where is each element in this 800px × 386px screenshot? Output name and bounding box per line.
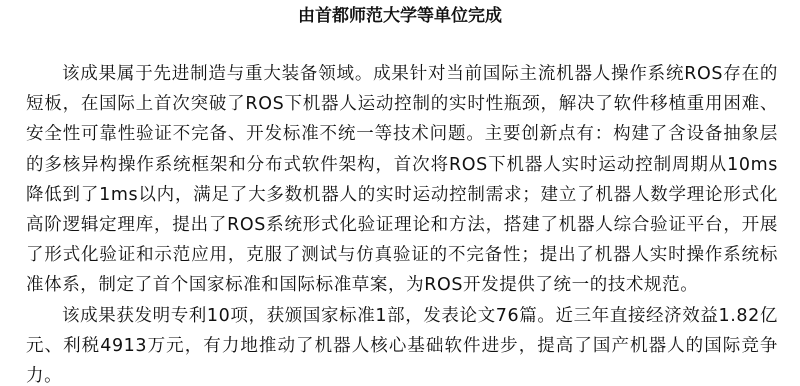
paragraph-achievement-results: 该成果获发明专利10项，获颁国家标准1部，发表论文76篇。近三年直接经济效益1.… xyxy=(26,301,778,386)
document-body: 该成果属于先进制造与重大装备领域。成果针对当前国际主流机器人操作系统ROS存在的… xyxy=(26,59,778,386)
document-title: 由首都师范大学等单位完成 xyxy=(0,3,800,29)
paragraph-achievement-summary: 该成果属于先进制造与重大装备领域。成果针对当前国际主流机器人操作系统ROS存在的… xyxy=(26,59,778,301)
